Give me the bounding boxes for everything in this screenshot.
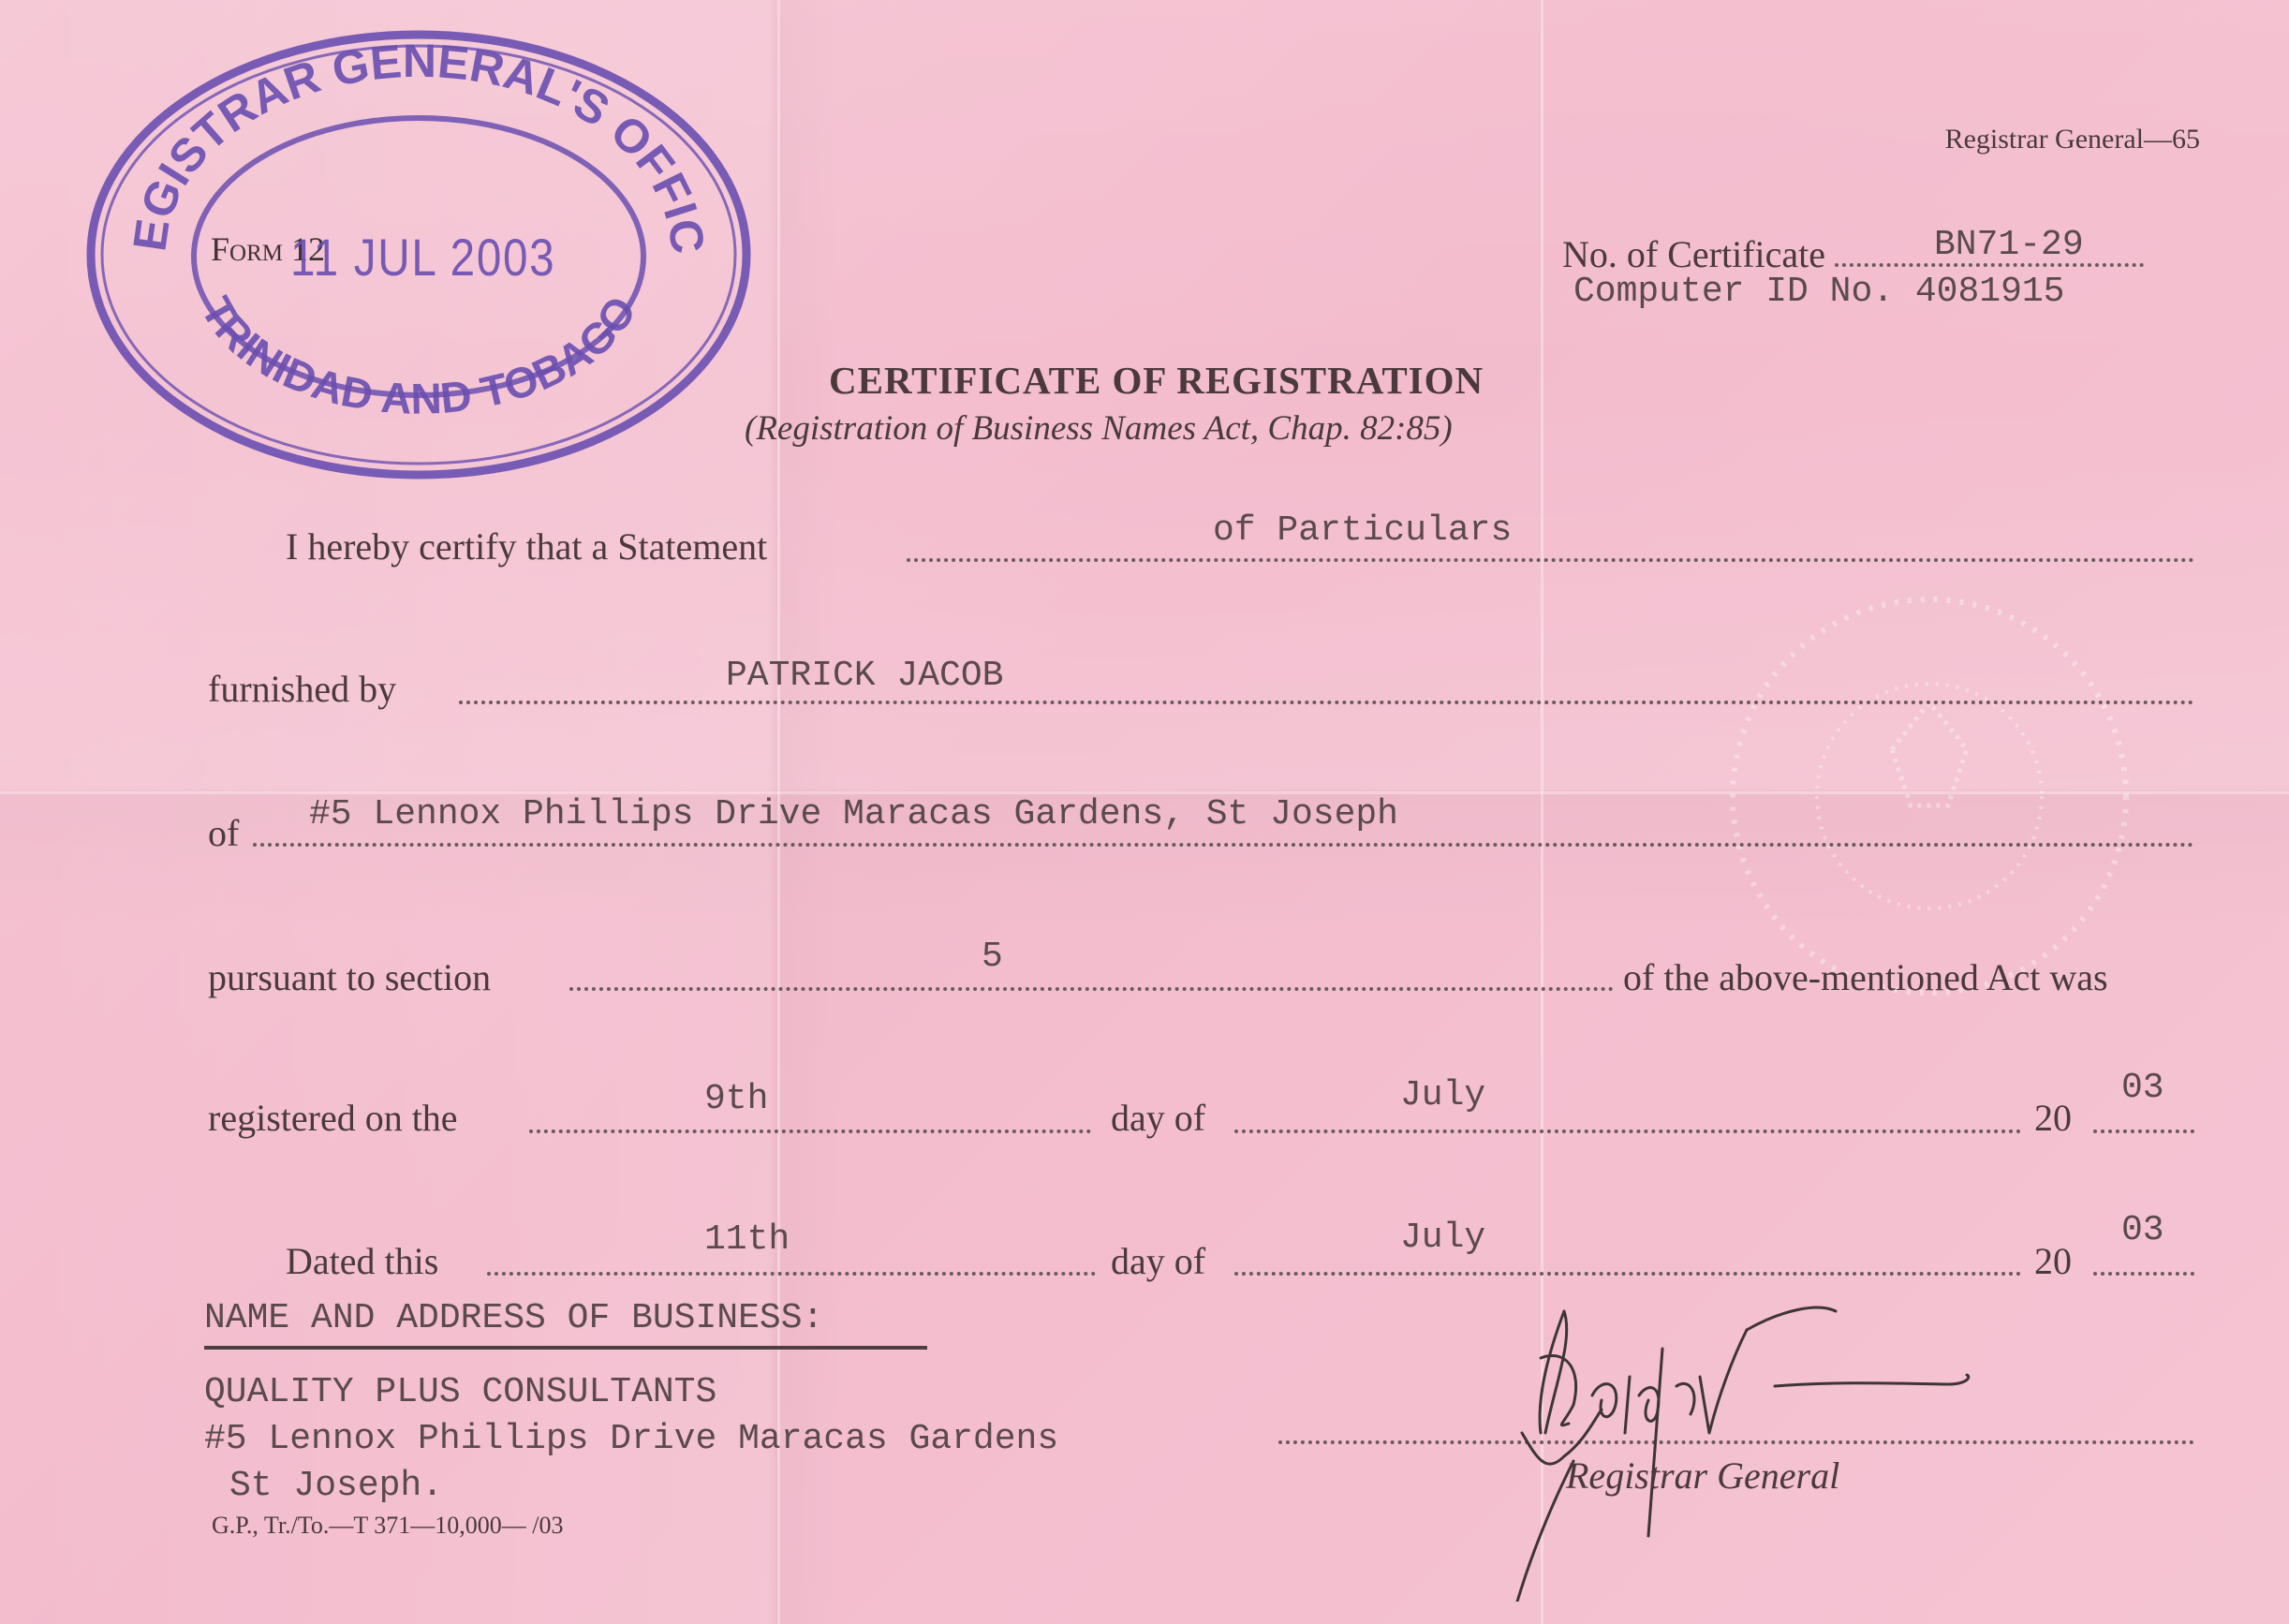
- dated-year: 03: [2121, 1210, 2164, 1250]
- dotted-line: [459, 701, 2194, 704]
- dated-century: 20: [2034, 1239, 2072, 1283]
- registered-day-of-label: day of: [1111, 1096, 1205, 1140]
- business-address-line2: St Joseph.: [229, 1466, 443, 1506]
- registered-century: 20: [2034, 1096, 2072, 1140]
- address-value: #5 Lennox Phillips Drive Maracas Gardens…: [309, 794, 1398, 834]
- registered-day: 9th: [704, 1079, 768, 1119]
- registered-month: July: [1400, 1075, 1485, 1115]
- section-suffix: of the above-mentioned Act was: [1623, 955, 2108, 999]
- furnished-by-value: PATRICK JACOB: [726, 656, 1003, 696]
- furnished-by-label: furnished by: [208, 667, 396, 711]
- dated-label: Dated this: [286, 1239, 438, 1283]
- dotted-line: [1234, 1272, 2021, 1276]
- svg-text:REGISTRAR GENERAL'S OFFICE: REGISTRAR GENERAL'S OFFICE: [77, 21, 715, 257]
- dotted-line: [2093, 1272, 2194, 1276]
- dated-day-of-label: day of: [1111, 1239, 1205, 1283]
- heading-underline: [204, 1346, 927, 1350]
- form-reference: Registrar General—65: [1945, 124, 2200, 155]
- stamp-date: 11 JUL 2003: [290, 227, 555, 288]
- statement-value: of Particulars: [1213, 510, 1512, 551]
- section-label: pursuant to section: [208, 955, 491, 999]
- dotted-line: [487, 1272, 1096, 1276]
- business-heading: NAME AND ADDRESS OF BUSINESS:: [204, 1298, 823, 1338]
- certificate-title: CERTIFICATE OF REGISTRATION: [829, 358, 1484, 403]
- dated-month: July: [1400, 1218, 1485, 1258]
- signature-icon: [1499, 1292, 2154, 1602]
- certificate-subtitle: (Registration of Business Names Act, Cha…: [745, 408, 1453, 449]
- registrar-general-label: Registrar General: [1566, 1454, 1839, 1498]
- business-address-line1: #5 Lennox Phillips Drive Maracas Gardens: [204, 1419, 1058, 1459]
- registered-year: 03: [2121, 1068, 2164, 1108]
- dated-day: 11th: [704, 1219, 790, 1260]
- svg-text:TRINIDAD AND TOBAGO: TRINIDAD AND TOBAGO: [192, 288, 645, 423]
- printer-code: G.P., Tr./To.—T 371—10,000— /03: [212, 1512, 564, 1540]
- section-value: 5: [982, 937, 1003, 977]
- certificate-number-value: BN71-29: [1934, 225, 2084, 265]
- registered-label: registered on the: [208, 1096, 458, 1140]
- dotted-line: [253, 843, 2194, 847]
- dotted-line: [569, 987, 1614, 991]
- dotted-line: [2093, 1129, 2194, 1133]
- business-name: QUALITY PLUS CONSULTANTS: [204, 1372, 716, 1412]
- computer-id: Computer ID No. 4081915: [1573, 272, 2065, 312]
- dotted-line: [1234, 1129, 2021, 1133]
- dotted-line: [529, 1129, 1091, 1133]
- address-label: of: [208, 811, 239, 855]
- dotted-line: [907, 558, 2194, 562]
- statement-label: I hereby certify that a Statement: [286, 524, 767, 568]
